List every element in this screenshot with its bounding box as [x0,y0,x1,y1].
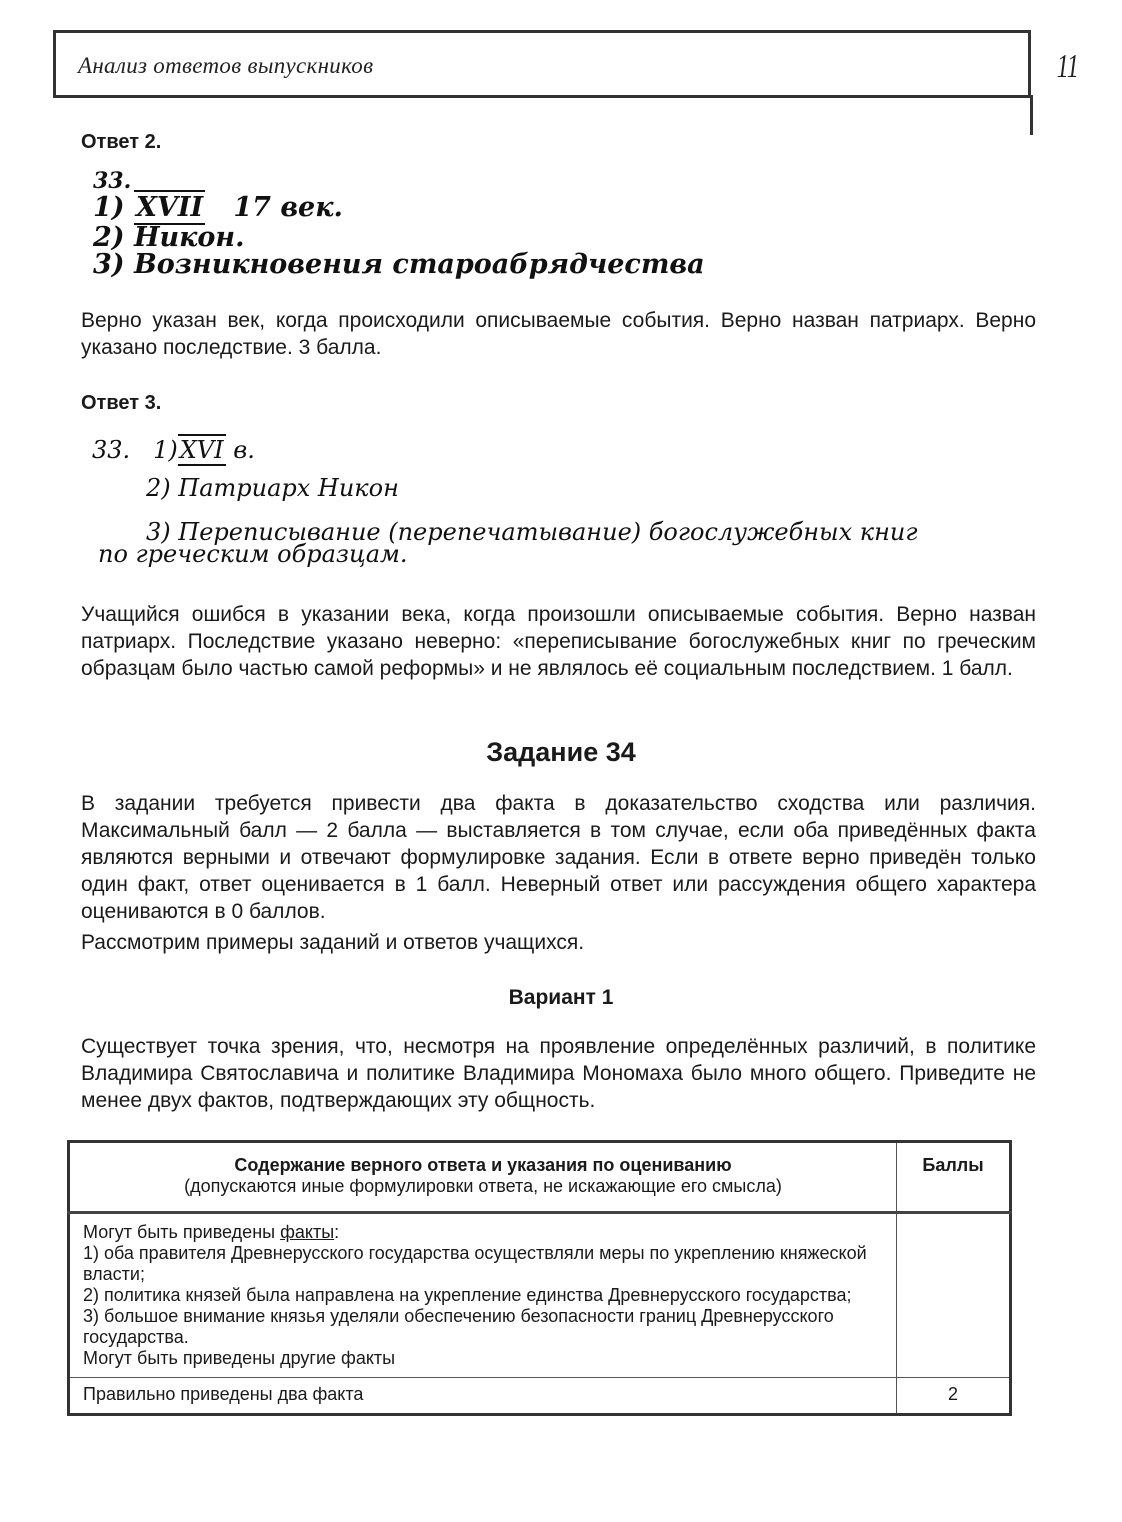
grading-table-header: Содержание верного ответа и указания по … [69,1142,1011,1213]
header-content-title: Содержание верного ответа и указания по … [80,1155,886,1176]
answer-2-label: Ответ 2. [81,131,161,154]
fact-item: 3) большое внимание князья уделяли обесп… [83,1306,886,1348]
grading-table-facts-row: Могут быть приведены факты: 1) оба прави… [69,1213,1011,1378]
answer-2-line-1: 1) XVII 17 век. [93,194,343,221]
answer-2-line-1-rest: 17 век. [233,192,343,223]
variant-1-title: Вариант 1 [0,986,1122,1010]
answer-2-task-number: 33. [93,170,131,192]
answer-3-line-1-prefix: 1) [153,436,178,464]
answer-2-roman-numeral: XVII [134,190,205,225]
answer-2-line-1-prefix: 1) [93,192,125,223]
facts-outro: Могут быть приведены другие факты [83,1348,886,1369]
answer-3-line-1-rest: в. [233,436,255,464]
task-34-title: Задание 34 [0,737,1122,768]
facts-cell: Могут быть приведены факты: 1) оба прави… [69,1213,897,1378]
task-34-intro: В задании требуется привести два факта в… [81,790,1036,925]
grading-table-row: Правильно приведены два факта 2 [69,1378,1011,1415]
grading-table: Содержание верного ответа и указания по … [67,1140,1012,1416]
header-divider [1030,95,1033,135]
answer-3-comment: Учащийся ошибся в указании века, когда п… [81,601,1036,682]
running-header-title: Анализ ответов выпускников [78,53,373,79]
answer-3-line-4: по греческим образцам. [98,542,408,566]
fact-item: 1) оба правителя Древнерусского государс… [83,1243,886,1285]
score-cell: 2 [897,1378,1011,1415]
header-content-subtitle: (допускаются иные формулировки ответа, н… [80,1176,886,1197]
page-number: 11 [1057,48,1079,86]
answer-2-line-2: 2) Никон. [93,224,244,251]
answer-3-line-1: 33. 1)XVI в. [92,438,255,462]
header-content-cell: Содержание верного ответа и указания по … [69,1142,897,1213]
answer-3-label: Ответ 3. [81,392,161,415]
task-34-intro-2: Рассмотрим примеры заданий и ответов уча… [81,929,1036,956]
answer-2-comment: Верно указан век, когда происходили опис… [81,307,1036,361]
facts-underlined-word: факты [280,1222,334,1242]
fact-item: 2) политика князей была направлена на ук… [83,1285,886,1306]
answer-2-line-3: 3) Возникновения староабрядчества [93,251,705,278]
facts-score-cell [897,1213,1011,1378]
answer-3-roman-numeral: XVI [178,434,226,466]
running-header: Анализ ответов выпускников [53,30,1031,98]
answer-3-line-2: 2) Патриарх Никон [146,476,399,500]
criterion-cell: Правильно приведены два факта [69,1378,897,1415]
answer-3-task-number: 33. [92,436,130,464]
header-score-cell: Баллы [897,1142,1011,1213]
facts-intro: Могут быть приведены факты: [83,1222,886,1243]
variant-1-question: Существует точка зрения, что, несмотря н… [81,1033,1036,1114]
